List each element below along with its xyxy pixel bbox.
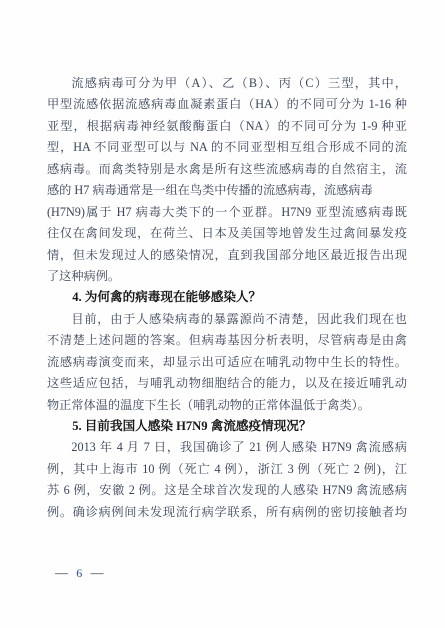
text-line: 流感病毒可分为甲（A）、乙（B）、丙（C）三型，其中， [47, 73, 407, 94]
text-line: 例。确诊病例间未发现流行病学联系，所有病例的密切接触者均 [47, 502, 407, 523]
text-line: 亚型，根据病毒神经氨酸酶蛋白（NA）的不同可分为 1-9 种亚 [47, 116, 407, 137]
text-line: 流感病毒演变而来，却显示出可适应在哺乳动物中生长的特性。 [47, 352, 407, 373]
text-line: 型，HA 不同亚型可以与 NA 的不同亚型相互组合形成不同的流 [47, 137, 407, 158]
text-line: 了这种病例。 [47, 266, 407, 287]
footer-dash-left: — [55, 565, 68, 581]
document-page: 流感病毒可分为甲（A）、乙（B）、丙（C）三型，其中，甲型流感依据流感病毒血凝素… [0, 0, 445, 628]
text-line: 目前，由于人感染病毒的暴露源尚不清楚，因此我们现在也 [47, 309, 407, 330]
text-line: 例，其中上海市 10 例（死亡 4 例），浙江 3 例（死亡 2 例)，江 [47, 459, 407, 480]
text-line: 不清楚上述问题的答案。但病毒基因分析表明，尽管病毒是由禽 [47, 330, 407, 351]
page-footer: — 6 — [55, 565, 104, 581]
text-block: 流感病毒可分为甲（A）、乙（B）、丙（C）三型，其中，甲型流感依据流感病毒血凝素… [47, 73, 407, 523]
text-line: 感病毒。而禽类特别是水禽是所有这些流感病毒的自然宿主，流 [47, 159, 407, 180]
text-line: 情，但未发现过人的感染情况，直到我国部分地区最近报告出现 [47, 245, 407, 266]
text-line: 甲型流感依据流感病毒血凝素蛋白（HA）的不同可分为 1-16 种 [47, 94, 407, 115]
text-line: (H7N9)属于 H7 病毒大类下的一个亚群。H7N9 亚型流感病毒既 [47, 202, 407, 223]
text-line: 感的 H7 病毒通常是一组在鸟类中传播的流感病毒，流感病毒 [47, 180, 407, 201]
section-heading: 5. 目前我国人感染 H7N9 禽流感疫情现况？ [47, 416, 407, 437]
footer-dash-right: — [91, 565, 104, 581]
text-line: 物正常体温的温度下生长（哺乳动物的正常体温低于禽类）。 [47, 395, 407, 416]
text-line: 往仅在禽间发现，在荷兰、日本及美国等地曾发生过禽间暴发疫 [47, 223, 407, 244]
text-line: 这些适应包括，与哺乳动物细胞结合的能力，以及在接近哺乳动 [47, 373, 407, 394]
section-heading: 4. 为何禽的病毒现在能够感染人？ [47, 287, 407, 308]
text-line: 苏 6 例，安徽 2 例。这是全球首次发现的人感染 H7N9 禽流感病 [47, 480, 407, 501]
text-line: 2013 年 4 月 7 日，我国确诊了 21 例人感染 H7N9 禽流感病 [47, 437, 407, 458]
page-number: 6 [76, 565, 82, 581]
